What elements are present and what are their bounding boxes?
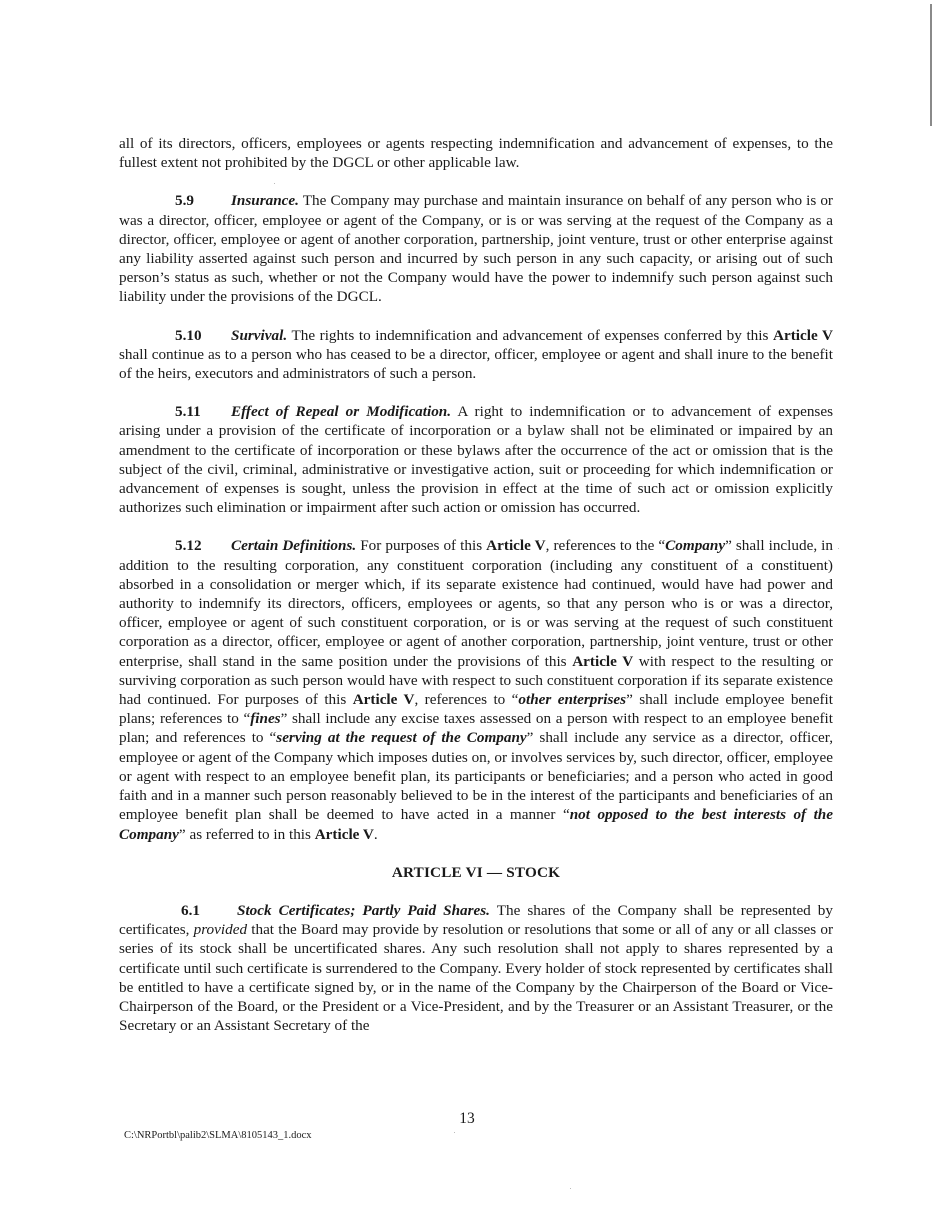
- section-body: .: [374, 826, 378, 843]
- defined-term: Company: [665, 537, 725, 554]
- section-body: , references to “: [414, 691, 518, 708]
- section-body: The rights to indemnification and advanc…: [291, 327, 768, 344]
- section-number: 6.1: [181, 901, 237, 920]
- section-body: ” shall include, in addition to the resu…: [119, 537, 833, 669]
- defined-term: fines: [250, 710, 280, 727]
- scan-speck: [454, 1132, 455, 1133]
- section-title: Effect of Repeal or Modification.: [231, 403, 451, 420]
- article-reference: Article V: [315, 826, 374, 843]
- section-body: , references to the “: [546, 537, 666, 554]
- scan-speck: [838, 548, 839, 549]
- article-heading: ARTICLE VI — STOCK: [119, 863, 833, 882]
- section-number: 5.12: [175, 536, 231, 555]
- scan-artifact-line: [930, 4, 932, 126]
- scan-speck: [570, 1188, 571, 1189]
- section-6-1: 6.1Stock Certificates; Partly Paid Share…: [119, 901, 833, 1035]
- section-title: Stock Certificates; Partly Paid Shares.: [237, 902, 490, 919]
- defined-term: other enterprises: [518, 691, 626, 708]
- article-reference: Article V: [572, 653, 633, 670]
- footer-file-path: C:\NRPortbl\palib2\SLMA\8105143_1.docx: [124, 1130, 312, 1141]
- continuation-paragraph: all of its directors, officers, employee…: [119, 134, 833, 172]
- section-body: shall continue as to a person who has ce…: [119, 346, 833, 382]
- section-body: For purposes of this: [360, 537, 482, 554]
- section-number: 5.10: [175, 326, 231, 345]
- section-5-9: 5.9Insurance. The Company may purchase a…: [119, 191, 833, 306]
- section-5-10: 5.10Survival. The rights to indemnificat…: [119, 326, 833, 384]
- section-5-11: 5.11Effect of Repeal or Modification. A …: [119, 402, 833, 517]
- article-reference: Article V: [486, 537, 545, 554]
- section-title: Survival.: [231, 327, 287, 344]
- emphasis-term: provided: [194, 921, 247, 938]
- section-title: Insurance.: [231, 192, 299, 209]
- section-number: 5.9: [175, 191, 231, 210]
- page-number: 13: [0, 1110, 934, 1128]
- article-reference: Article V: [773, 327, 833, 344]
- article-reference: Article V: [353, 691, 415, 708]
- scan-speck: [274, 183, 275, 184]
- section-title: Certain Definitions.: [231, 537, 356, 554]
- document-page: all of its directors, officers, employee…: [119, 134, 833, 1054]
- defined-term: serving at the request of the Company: [276, 729, 526, 746]
- section-number: 5.11: [175, 402, 231, 421]
- section-5-12: 5.12Certain Definitions. For purposes of…: [119, 536, 833, 843]
- section-body: ” as referred to in this: [179, 826, 311, 843]
